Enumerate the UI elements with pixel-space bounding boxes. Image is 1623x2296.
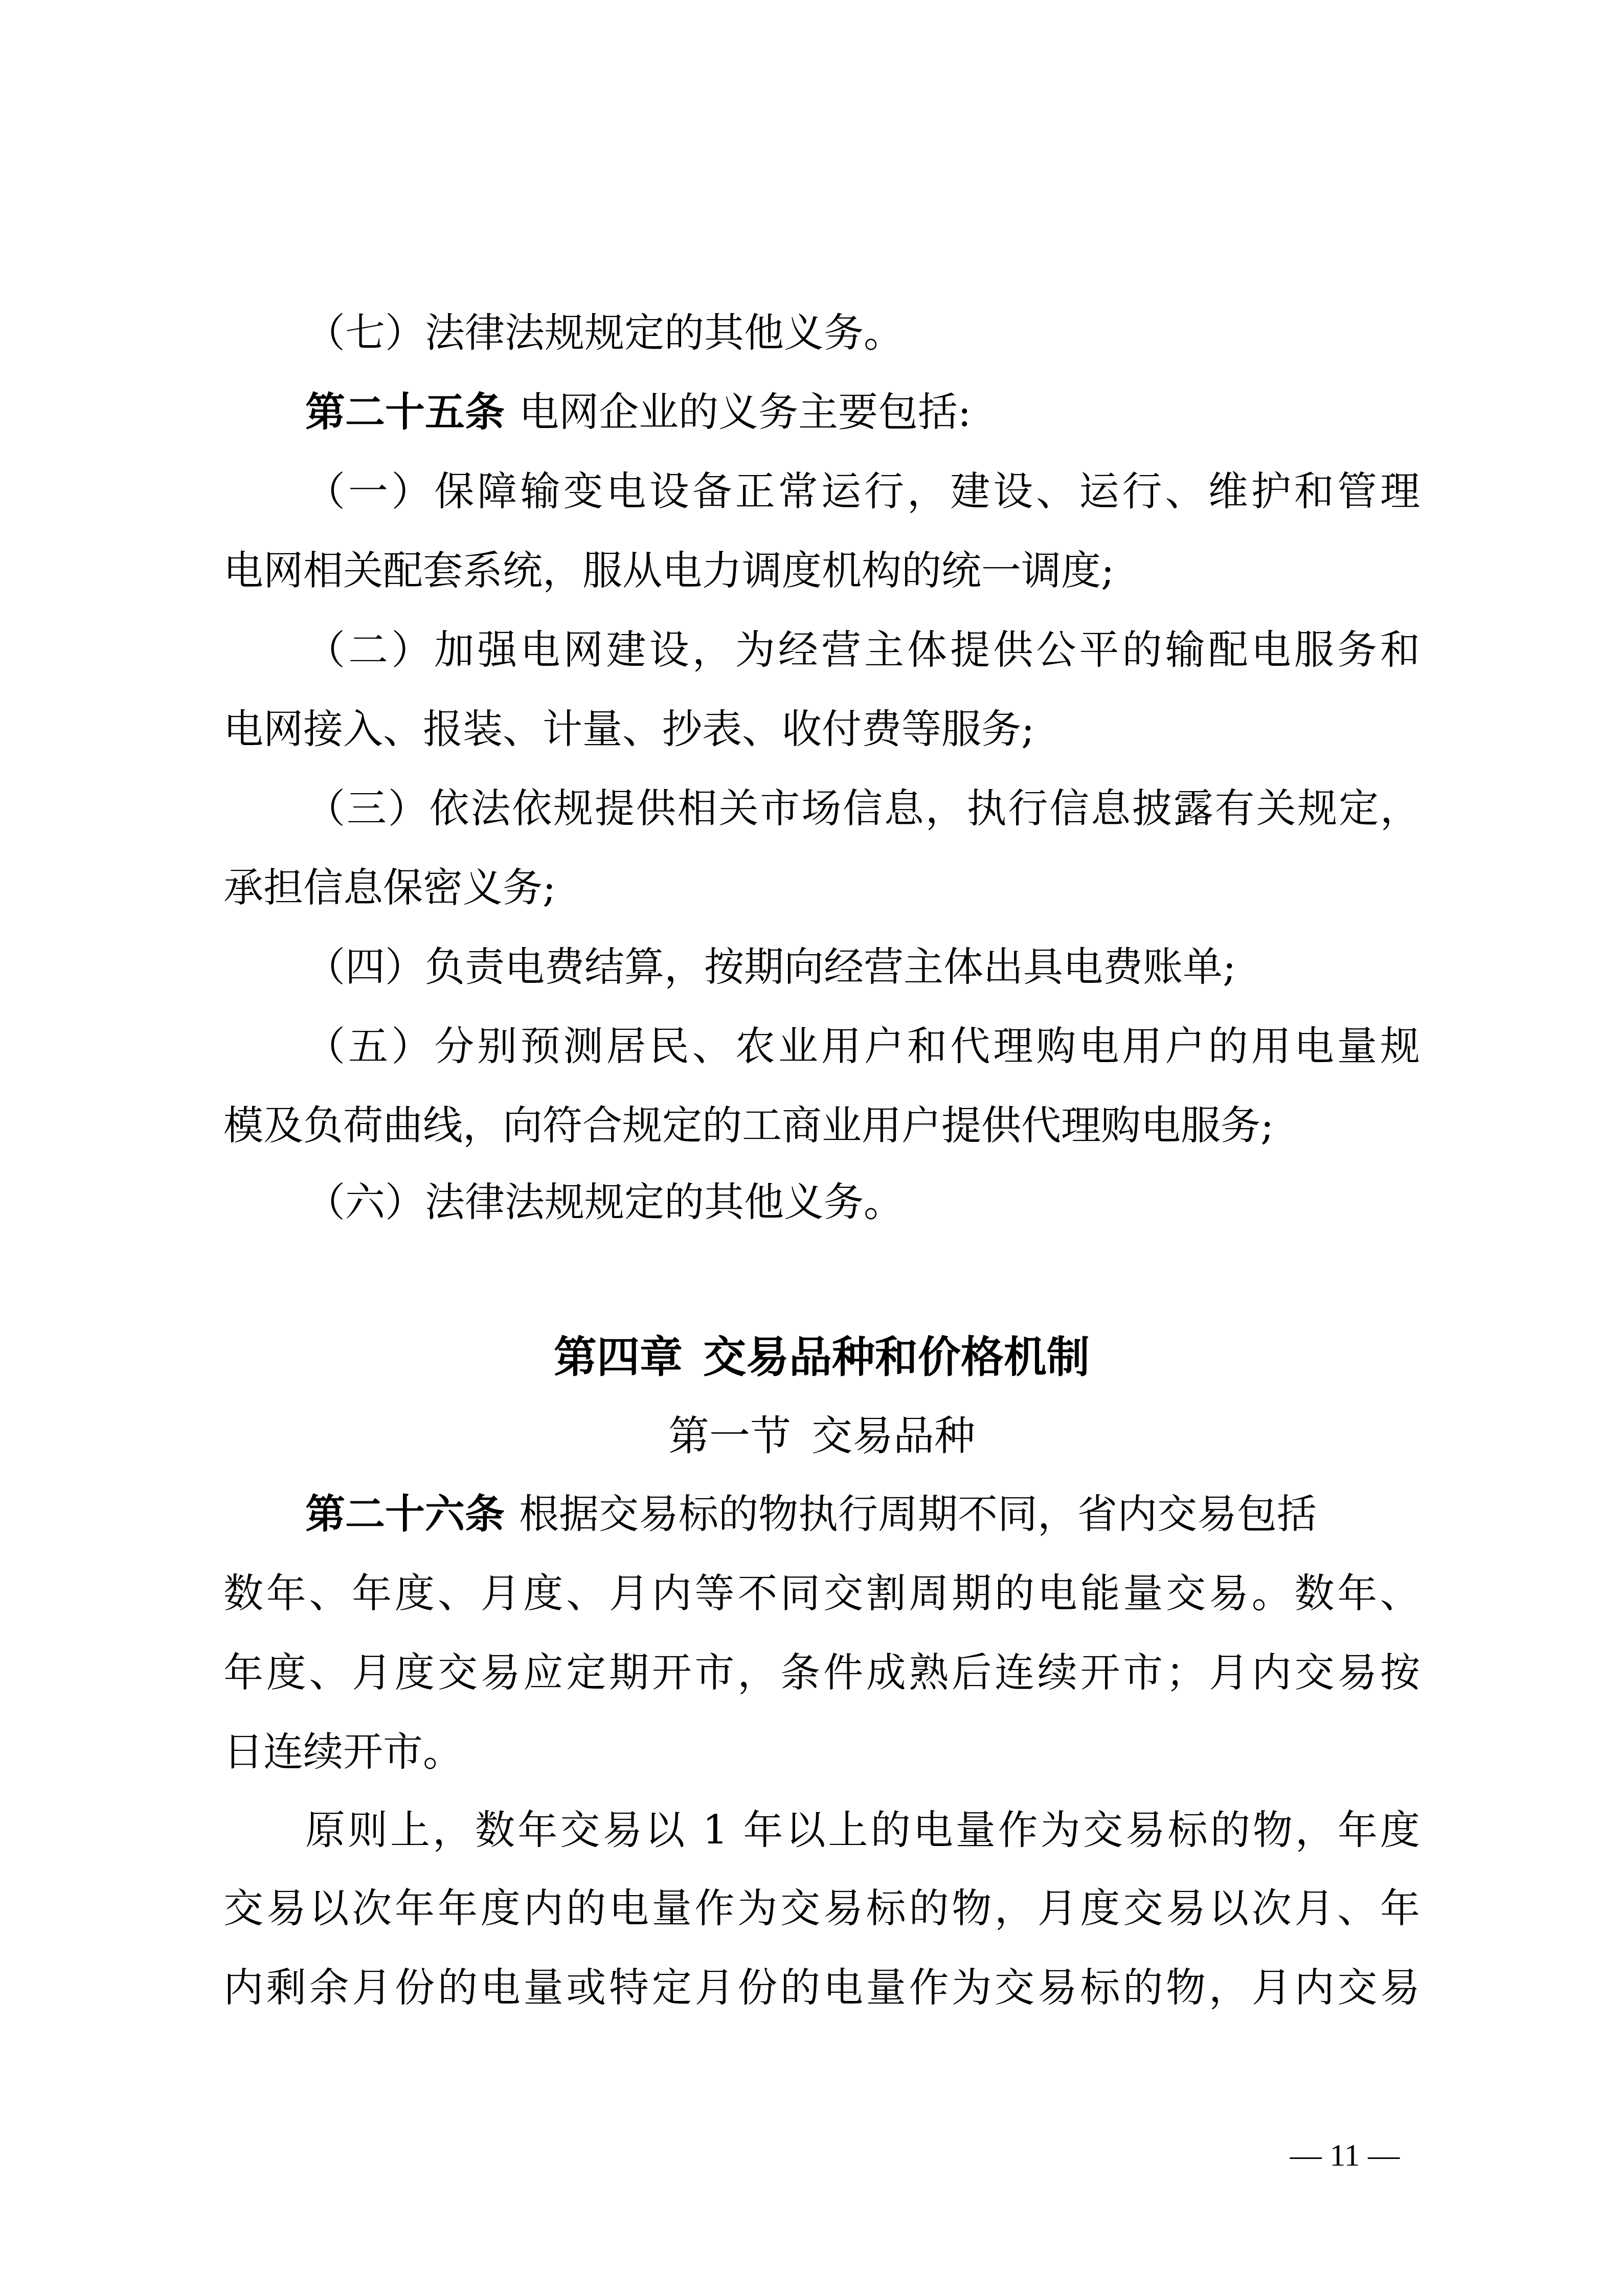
- paragraph-line-1: 原则上，数年交易以 1 年以上的电量作为交易标的物，年度: [305, 1805, 1420, 1856]
- item-2-line-2: 电网接入、报装、计量、抄表、收付费等服务;: [223, 704, 1420, 755]
- item-6: （六）法律法规规定的其他义务。: [305, 1177, 1420, 1228]
- item-5-line-1: （五）分别预测居民、农业用户和代理购电用户的用电量规: [305, 1021, 1420, 1072]
- chapter-number: 第四章: [554, 1332, 683, 1382]
- section-name: 交易品种: [811, 1412, 975, 1459]
- article-25-heading: 第二十五条电网企业的义务主要包括:: [305, 387, 1420, 438]
- chapter-title: 第四章交易品种和价格机制: [223, 1332, 1420, 1383]
- item-1-line-1: （一）保障输变电设备正常运行，建设、运行、维护和管理: [305, 466, 1420, 517]
- section-number: 第一节: [668, 1412, 791, 1459]
- item-3-line-1: （三）依法依规提供相关市场信息，执行信息披露有关规定，: [305, 783, 1420, 835]
- item-7: （七）法律法规规定的其他义务。: [305, 308, 1420, 359]
- page-number: — 11 —: [1263, 2132, 1427, 2178]
- article-25-text: 电网企业的义务主要包括:: [519, 390, 971, 436]
- article-26-line-2: 数年、年度、月度、月内等不同交割周期的电能量交易。数年、: [223, 1568, 1420, 1619]
- article-26-text: 根据交易标的物执行周期不同，省内交易包括: [519, 1492, 1317, 1538]
- item-1-line-2: 电网相关配套系统，服从电力调度机构的统一调度;: [223, 546, 1420, 597]
- article-26-line-4: 日连续开市。: [223, 1727, 1420, 1778]
- document-page: （七）法律法规规定的其他义务。 第二十五条电网企业的义务主要包括: （一）保障输…: [0, 0, 1623, 2296]
- article-26-line-1: 第二十六条根据交易标的物执行周期不同，省内交易包括: [305, 1489, 1420, 1540]
- item-5-line-2: 模及负荷曲线，向符合规定的工商业用户提供代理购电服务;: [223, 1100, 1420, 1152]
- article-26-line-3: 年度、月度交易应定期开市，条件成熟后连续开市；月内交易按: [223, 1648, 1420, 1699]
- article-26-label: 第二十六条: [305, 1491, 505, 1538]
- item-2-line-1: （二）加强电网建设，为经营主体提供公平的输配电服务和: [305, 625, 1420, 676]
- chapter-name: 交易品种和价格机制: [703, 1332, 1090, 1382]
- section-title: 第一节交易品种: [223, 1410, 1420, 1461]
- item-3-line-2: 承担信息保密义务;: [223, 863, 1420, 914]
- item-4: （四）负责电费结算，按期向经营主体出具电费账单;: [305, 942, 1420, 993]
- article-25-label: 第二十五条: [305, 389, 505, 436]
- paragraph-line-2: 交易以次年年度内的电量作为交易标的物，月度交易以次月、年: [223, 1883, 1420, 1934]
- paragraph-line-3: 内剩余月份的电量或特定月份的电量作为交易标的物，月内交易: [223, 1963, 1420, 2014]
